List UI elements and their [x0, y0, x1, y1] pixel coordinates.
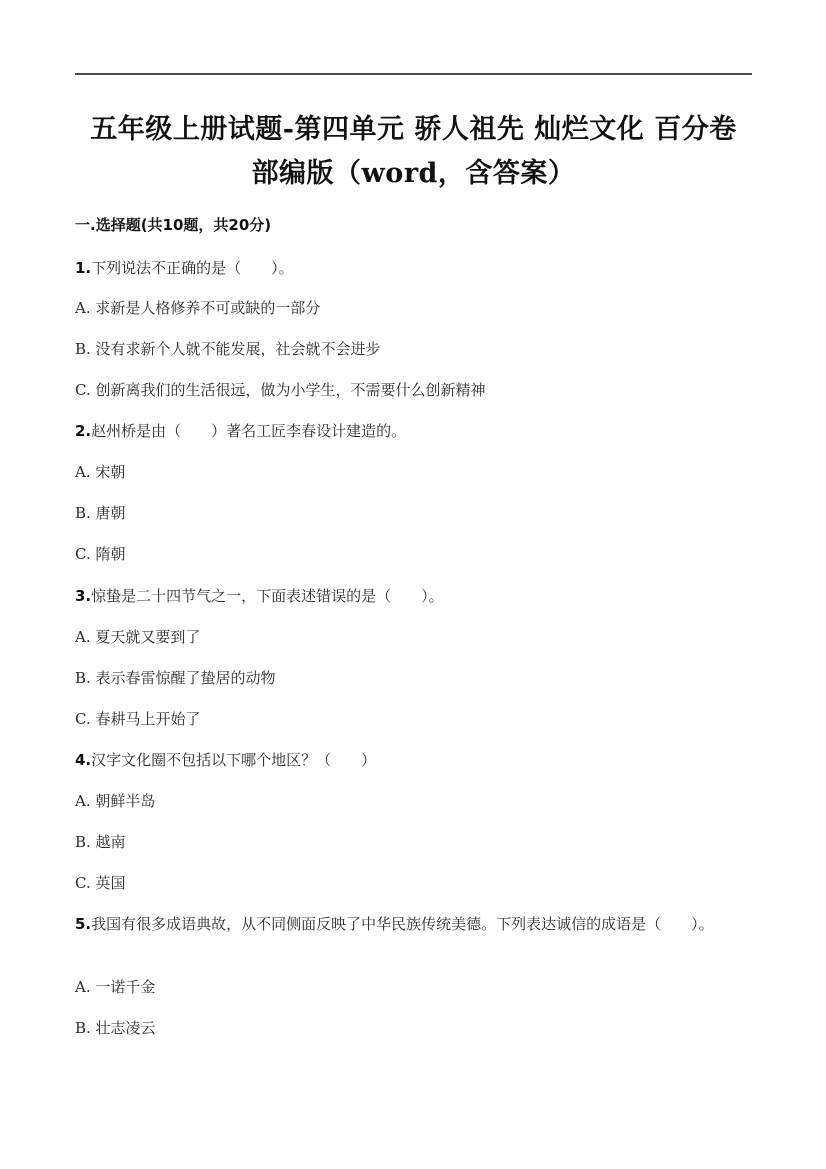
question-2-option-c: C. 隋朝	[75, 544, 125, 564]
question-1: 1.下列说法不正确的是（ ）。	[75, 258, 294, 278]
question-3-option-b: B. 表示春雷惊醒了蛰居的动物	[75, 668, 276, 688]
question-stem: 赵州桥是由（ ）著名工匠李春设计建造的。	[91, 422, 406, 440]
question-1-option-c: C. 创新离我们的生活很远，做为小学生，不需要什么创新精神	[75, 380, 485, 400]
question-4: 4.汉字文化圈不包括以下哪个地区？（ ）	[75, 750, 376, 770]
question-1-option-b: B. 没有求新个人就不能发展，社会就不会进步	[75, 339, 381, 359]
question-3-option-c: C. 春耕马上开始了	[75, 709, 200, 729]
question-number: 1.	[75, 259, 91, 277]
question-5-option-a: A. 一诺千金	[75, 977, 155, 997]
question-1-option-a: A. 求新是人格修养不可或缺的一部分	[75, 298, 320, 318]
question-number: 2.	[75, 422, 91, 440]
header-rule	[75, 73, 752, 75]
question-4-option-b: B. 越南	[75, 832, 126, 852]
question-number: 4.	[75, 751, 91, 769]
question-5: 5.我国有很多成语典故，从不同侧面反映了中华民族传统美德。下列表达诚信的成语是（…	[75, 914, 735, 934]
section-heading: 一.选择题(共10题，共20分)	[75, 214, 271, 235]
question-stem: 汉字文化圈不包括以下哪个地区？（ ）	[91, 751, 376, 769]
question-stem: 我国有很多成语典故，从不同侧面反映了中华民族传统美德。下列表达诚信的成语是（ ）…	[91, 915, 714, 933]
question-3: 3.惊蛰是二十四节气之一，下面表述错误的是（ ）。	[75, 586, 444, 606]
question-stem: 下列说法不正确的是（ ）。	[91, 259, 294, 277]
question-stem: 惊蛰是二十四节气之一，下面表述错误的是（ ）。	[91, 587, 444, 605]
document-title: 五年级上册试题-第四单元 骄人祖先 灿烂文化 百分卷 部编版（word，含答案）	[75, 108, 752, 196]
question-2-option-a: A. 宋朝	[75, 462, 125, 482]
question-number: 3.	[75, 587, 91, 605]
question-2-option-b: B. 唐朝	[75, 503, 126, 523]
question-5-option-b: B. 壮志凌云	[75, 1018, 156, 1038]
question-number: 5.	[75, 915, 91, 933]
question-4-option-a: A. 朝鲜半岛	[75, 791, 155, 811]
question-2: 2.赵州桥是由（ ）著名工匠李春设计建造的。	[75, 421, 406, 441]
question-3-option-a: A. 夏天就又要到了	[75, 627, 200, 647]
question-4-option-c: C. 英国	[75, 873, 125, 893]
